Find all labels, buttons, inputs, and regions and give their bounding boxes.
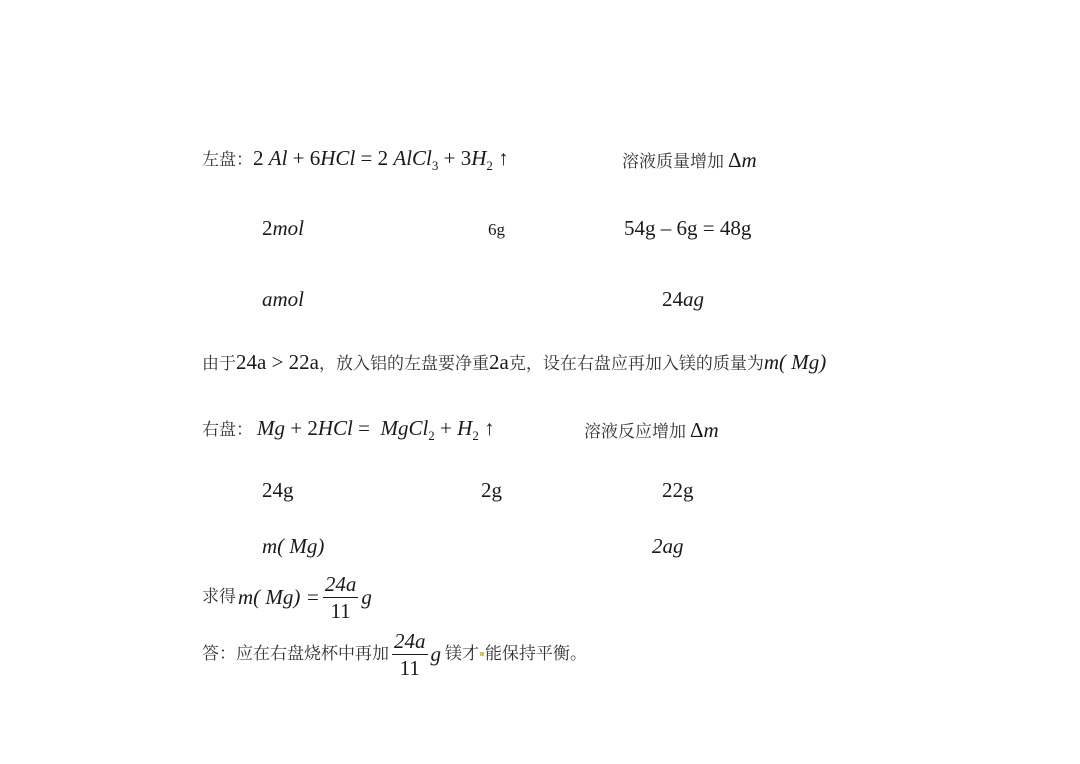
right-pan-note: 溶液反应增加 Δm	[584, 420, 719, 441]
right-row2-col1: m( Mg)	[262, 536, 324, 557]
left-pan-label: 左盘：	[202, 150, 253, 170]
left-row1-col3: 54g – 6g = 48g	[624, 218, 751, 239]
right-row1-col2: 2g	[481, 480, 502, 501]
stray-mark	[480, 652, 484, 656]
right-row1-col1: 24g	[262, 480, 294, 501]
left-pan-equation: 2 Al + 6HCl = 2 AlCl3 + 3H2 ↑	[253, 146, 509, 170]
left-pan-note: 溶液质量增加 Δm	[622, 150, 757, 171]
result-line: 求得m( Mg) = 24a11 g	[202, 573, 372, 622]
right-pan-equation-line: 右盘： Mg + 2HCl = MgCl2 + H2 ↑	[202, 418, 495, 439]
answer-line: 答：应在右盘烧杯中再加 24a11 g 镁才能保持平衡。	[202, 630, 587, 679]
left-row1-col1: 2mol	[262, 218, 304, 239]
right-pan-label: 右盘：	[202, 420, 253, 440]
since-line: 由于24a > 22a，放入铝的左盘要净重2a克，设在右盘应再加入镁的质量为m(…	[202, 352, 826, 373]
right-row2-col3: 2ag	[652, 536, 684, 557]
left-row2-col3: 24ag	[662, 289, 704, 310]
left-row2-col1: amol	[262, 289, 304, 310]
left-row1-col2: 6g	[488, 221, 505, 238]
gas-arrow-icon: ↑	[479, 416, 495, 440]
result-fraction: 24a11	[323, 573, 359, 622]
right-row1-col3: 22g	[662, 480, 694, 501]
gas-arrow-icon: ↑	[493, 146, 509, 170]
right-pan-equation: Mg + 2HCl = MgCl2 + H2 ↑	[257, 416, 495, 440]
left-pan-equation-line: 左盘：2 Al + 6HCl = 2 AlCl3 + 3H2 ↑	[202, 148, 509, 169]
answer-fraction: 24a11	[392, 630, 428, 679]
